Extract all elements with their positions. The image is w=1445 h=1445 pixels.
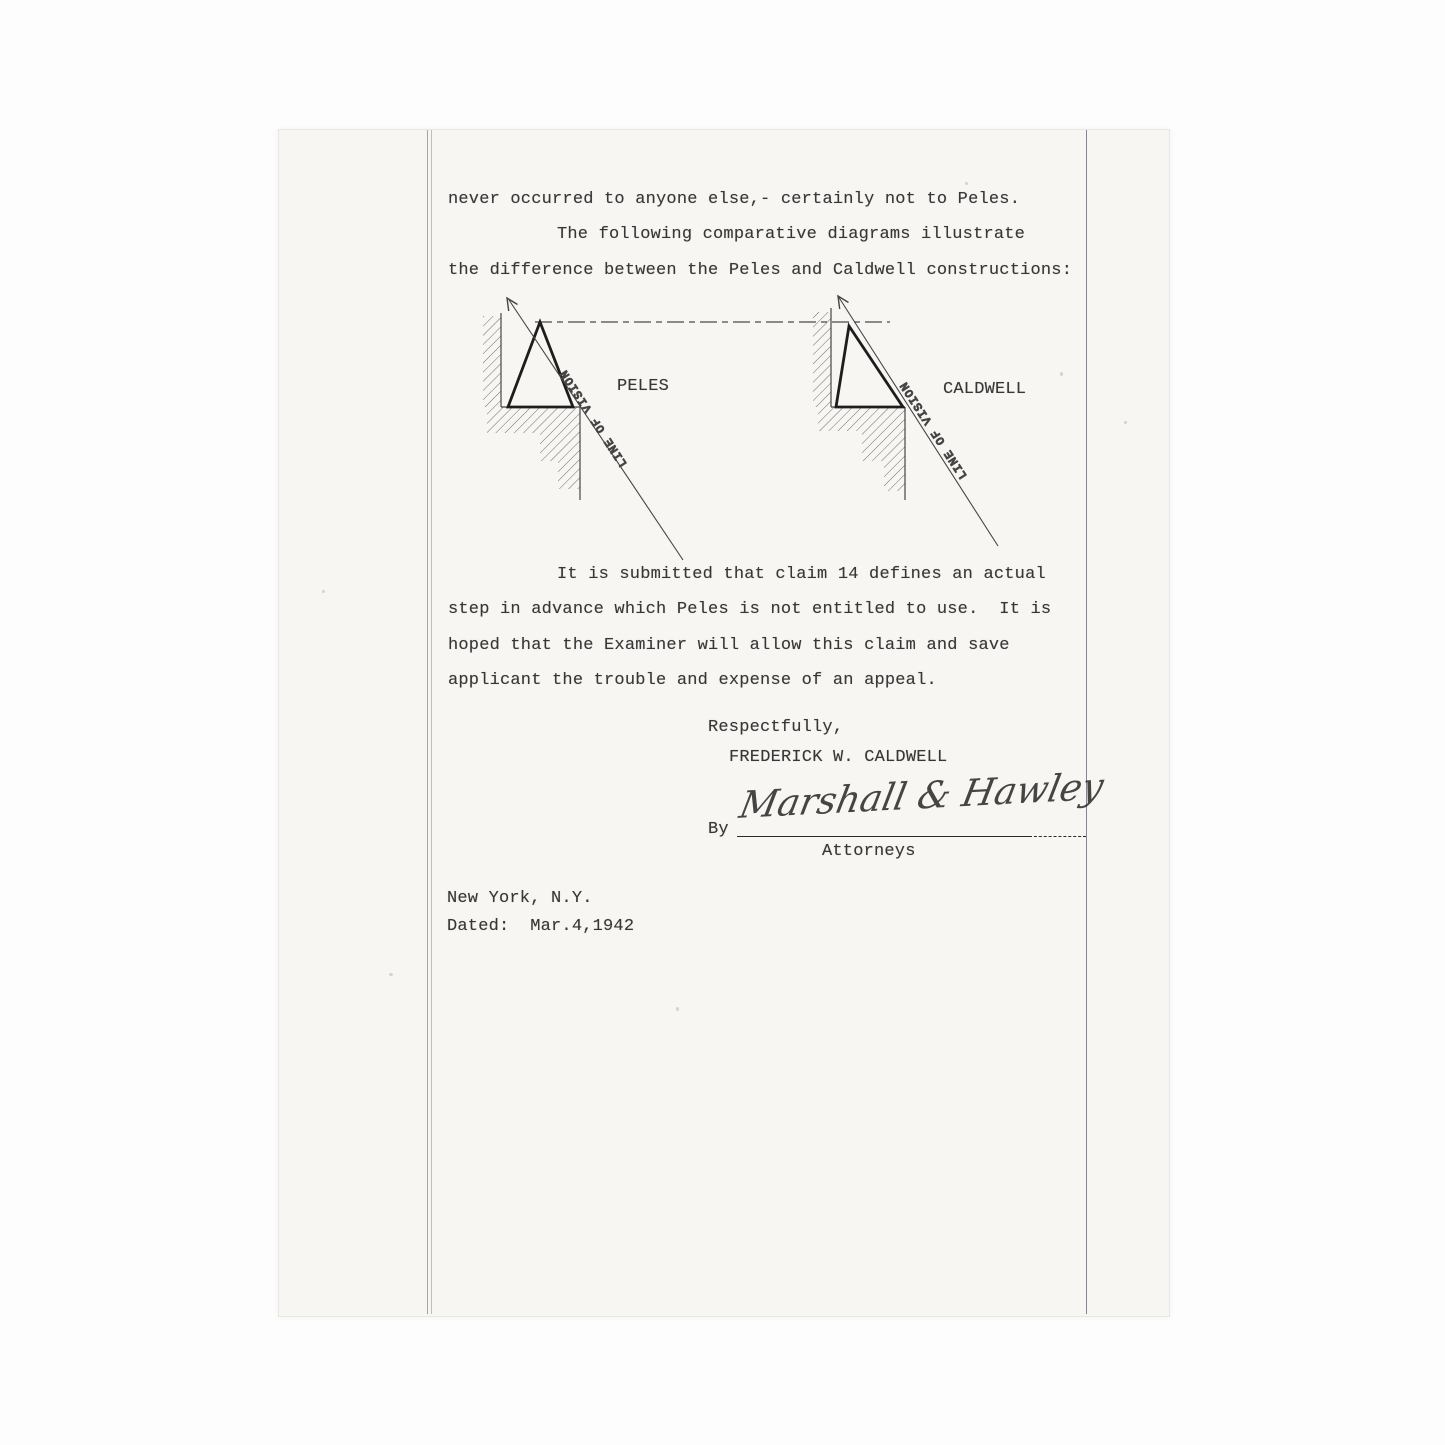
- scan-speck: [1060, 372, 1063, 376]
- caldwell-figure: LINE OF VISION: [813, 296, 998, 546]
- caldwell-triangle: [836, 326, 903, 407]
- scan-speck: [676, 1007, 679, 1011]
- scan-speck: [322, 590, 325, 593]
- caldwell-ground-hatch2: [862, 431, 905, 461]
- signature-line-dashed-tail: [1029, 836, 1086, 837]
- scan-speck: [1124, 421, 1127, 424]
- right-margin-rule: [1086, 130, 1087, 1314]
- closing-name: FREDERICK W. CALDWELL: [729, 748, 947, 767]
- scanned-document: never occurred to anyone else,- certainl…: [0, 0, 1445, 1445]
- comparative-diagram: LINE OF VISION LINE OF VISION: [430, 280, 1030, 570]
- caldwell-wall-hatch: [813, 312, 831, 407]
- scan-speck: [389, 973, 393, 976]
- scan-speck: [965, 182, 968, 185]
- peles-ground-hatch2: [540, 433, 580, 461]
- caldwell-label: CALDWELL: [943, 380, 1026, 399]
- paragraph2-line4: applicant the trouble and expense of an …: [448, 671, 937, 690]
- paragraph2-line3: hoped that the Examiner will allow this …: [448, 636, 1010, 655]
- peles-triangle: [508, 322, 573, 407]
- peles-ground-hatch3: [558, 461, 580, 489]
- peles-ground-hatch: [487, 407, 580, 433]
- dateline-date: Dated: Mar.4,1942: [447, 917, 634, 936]
- caldwell-ground-hatch3: [884, 461, 905, 491]
- peles-figure: LINE OF VISION: [483, 298, 683, 560]
- paragraph2-line1: It is submitted that claim 14 defines an…: [557, 565, 1046, 584]
- by-label: By: [708, 820, 729, 839]
- peles-wall-hatch: [483, 316, 501, 407]
- paragraph1-line3: the difference between the Peles and Cal…: [448, 261, 1072, 280]
- peles-label: PELES: [617, 377, 669, 396]
- signature-role: Attorneys: [822, 842, 916, 861]
- paragraph1-line2: The following comparative diagrams illus…: [557, 225, 1025, 244]
- paragraph1-line1: never occurred to anyone else,- certainl…: [448, 190, 1020, 209]
- signature-line: [737, 836, 1029, 837]
- paragraph2-line2: step in advance which Peles is not entit…: [448, 600, 1051, 619]
- dateline-city: New York, N.Y.: [447, 889, 593, 908]
- closing-salutation: Respectfully,: [708, 718, 843, 737]
- caldwell-ground-hatch: [818, 407, 905, 431]
